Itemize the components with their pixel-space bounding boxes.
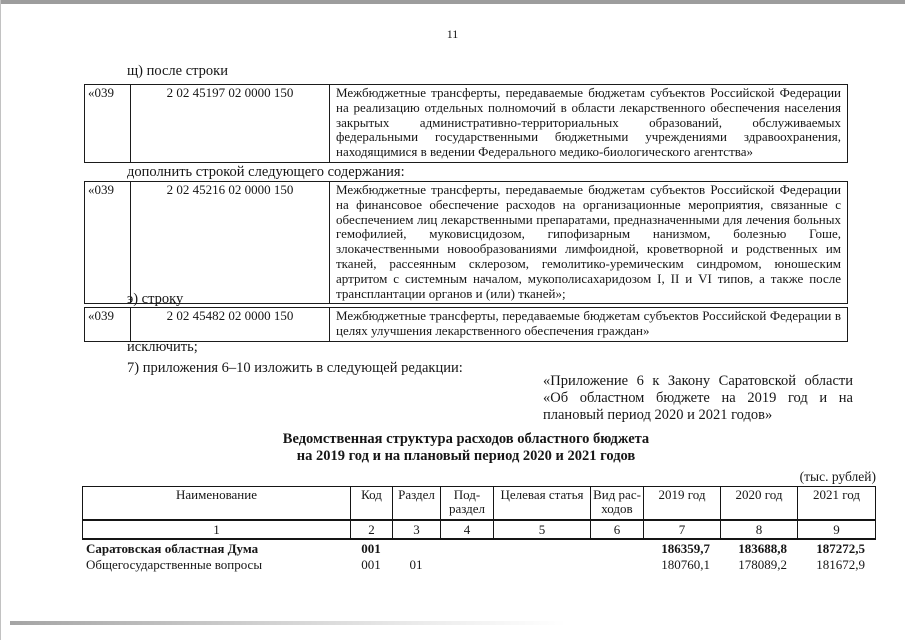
- row-razdel-cell: [392, 541, 440, 557]
- header-cell-podrazdel: Под- раздел: [441, 487, 494, 521]
- appendix-reference: «Приложение 6 к Закону Саратовской облас…: [543, 373, 853, 423]
- row-celevaya-cell: [493, 541, 590, 557]
- table-row: «039 2 02 45216 02 0000 150 Межбюджетные…: [85, 182, 848, 304]
- description-cell: Межбюджетные трансферты, передаваемые бю…: [330, 308, 848, 342]
- header-row: Наименование Код Раздел Под- раздел Целе…: [83, 487, 876, 521]
- header-cell-2020: 2020 год: [721, 487, 798, 521]
- description-cell: Межбюджетные трансферты, передаваемые бю…: [330, 182, 848, 304]
- appendix-title-line2: на 2019 год и на плановый период 2020 и …: [84, 448, 848, 465]
- table-row: Саратовская областная Дума 001 186359,7 …: [82, 541, 875, 557]
- row-podrazdel-cell: [440, 557, 493, 573]
- column-number-row: 1 2 3 4 5 6 7 8 9: [83, 520, 876, 539]
- row-2019-cell: 180760,1: [643, 557, 720, 573]
- header-cell-razdel: Раздел: [393, 487, 441, 521]
- row-vid-cell: [590, 557, 643, 573]
- amendment-after-text: исключить;: [127, 339, 198, 356]
- row-2020-cell: 183688,8: [720, 541, 797, 557]
- row-2020-cell: 178089,2: [720, 557, 797, 573]
- scan-edge-left: [0, 0, 1, 640]
- page-number: 11: [0, 27, 905, 42]
- column-number: 1: [83, 520, 351, 539]
- table-row: «039 2 02 45482 02 0000 150 Межбюджетные…: [85, 308, 848, 342]
- row-2019-cell: 186359,7: [643, 541, 720, 557]
- description-cell: Межбюджетные трансферты, передаваемые бю…: [330, 85, 848, 163]
- budget-code-cell: «039: [85, 85, 131, 163]
- item7-text: 7) приложения 6–10 изложить в следующей …: [127, 360, 463, 377]
- appendix-table-header: Наименование Код Раздел Под- раздел Целе…: [82, 486, 876, 540]
- appendix-structure-table: Наименование Код Раздел Под- раздел Целе…: [82, 486, 875, 573]
- header-cell-vid: Вид рас- ходов: [591, 487, 644, 521]
- header-cell-2019: 2019 год: [644, 487, 721, 521]
- amendment-table-3: «039 2 02 45482 02 0000 150 Межбюджетные…: [84, 307, 848, 342]
- column-number: 5: [494, 520, 591, 539]
- row-celevaya-cell: [493, 557, 590, 573]
- scan-edge-top: [0, 0, 905, 4]
- budget-code-cell: «039: [85, 182, 131, 304]
- classification-code-cell: 2 02 45482 02 0000 150: [131, 308, 330, 342]
- column-number: 4: [441, 520, 494, 539]
- table-row: «039 2 02 45197 02 0000 150 Межбюджетные…: [85, 85, 848, 163]
- amendment-table-2: «039 2 02 45216 02 0000 150 Межбюджетные…: [84, 181, 848, 304]
- header-cell-2021: 2021 год: [798, 487, 876, 521]
- column-number: 7: [644, 520, 721, 539]
- budget-code-cell: «039: [85, 308, 131, 342]
- header-cell-name: Наименование: [83, 487, 351, 521]
- column-number: 2: [351, 520, 393, 539]
- appendix-table-body: Саратовская областная Дума 001 186359,7 …: [82, 541, 875, 573]
- row-kod-cell: 001: [350, 557, 392, 573]
- header-cell-celevaya: Целевая статья: [494, 487, 591, 521]
- column-number: 3: [393, 520, 441, 539]
- header-cell-kod: Код: [351, 487, 393, 521]
- column-number: 9: [798, 520, 876, 539]
- scanned-document-page: 11 щ) после строки «039 2 02 45197 02 00…: [0, 0, 905, 640]
- row-podrazdel-cell: [440, 541, 493, 557]
- column-number: 6: [591, 520, 644, 539]
- appendix-title: Ведомственная структура расходов областн…: [84, 431, 848, 464]
- table-row: Общегосударственные вопросы 001 01 18076…: [82, 557, 875, 573]
- appendix-title-line1: Ведомственная структура расходов областн…: [84, 431, 848, 448]
- column-number: 8: [721, 520, 798, 539]
- row-razdel-cell: 01: [392, 557, 440, 573]
- row-kod-cell: 001: [350, 541, 392, 557]
- row-2021-cell: 187272,5: [797, 541, 875, 557]
- units-note: (тыс. рублей): [800, 469, 876, 485]
- row-vid-cell: [590, 541, 643, 557]
- classification-code-cell: 2 02 45197 02 0000 150: [131, 85, 330, 163]
- row-2021-cell: 181672,9: [797, 557, 875, 573]
- row-name-cell: Общегосударственные вопросы: [82, 557, 350, 573]
- amendment-label-2: дополнить строкой следующего содержания:: [127, 164, 405, 181]
- amendment-label-3: э) строку: [127, 291, 183, 308]
- amendment-label-1: щ) после строки: [127, 63, 228, 80]
- classification-code-cell: 2 02 45216 02 0000 150: [131, 182, 330, 304]
- amendment-table-1: «039 2 02 45197 02 0000 150 Межбюджетные…: [84, 84, 848, 163]
- scan-artifact-smudge: [10, 621, 566, 625]
- row-name-cell: Саратовская областная Дума: [82, 541, 350, 557]
